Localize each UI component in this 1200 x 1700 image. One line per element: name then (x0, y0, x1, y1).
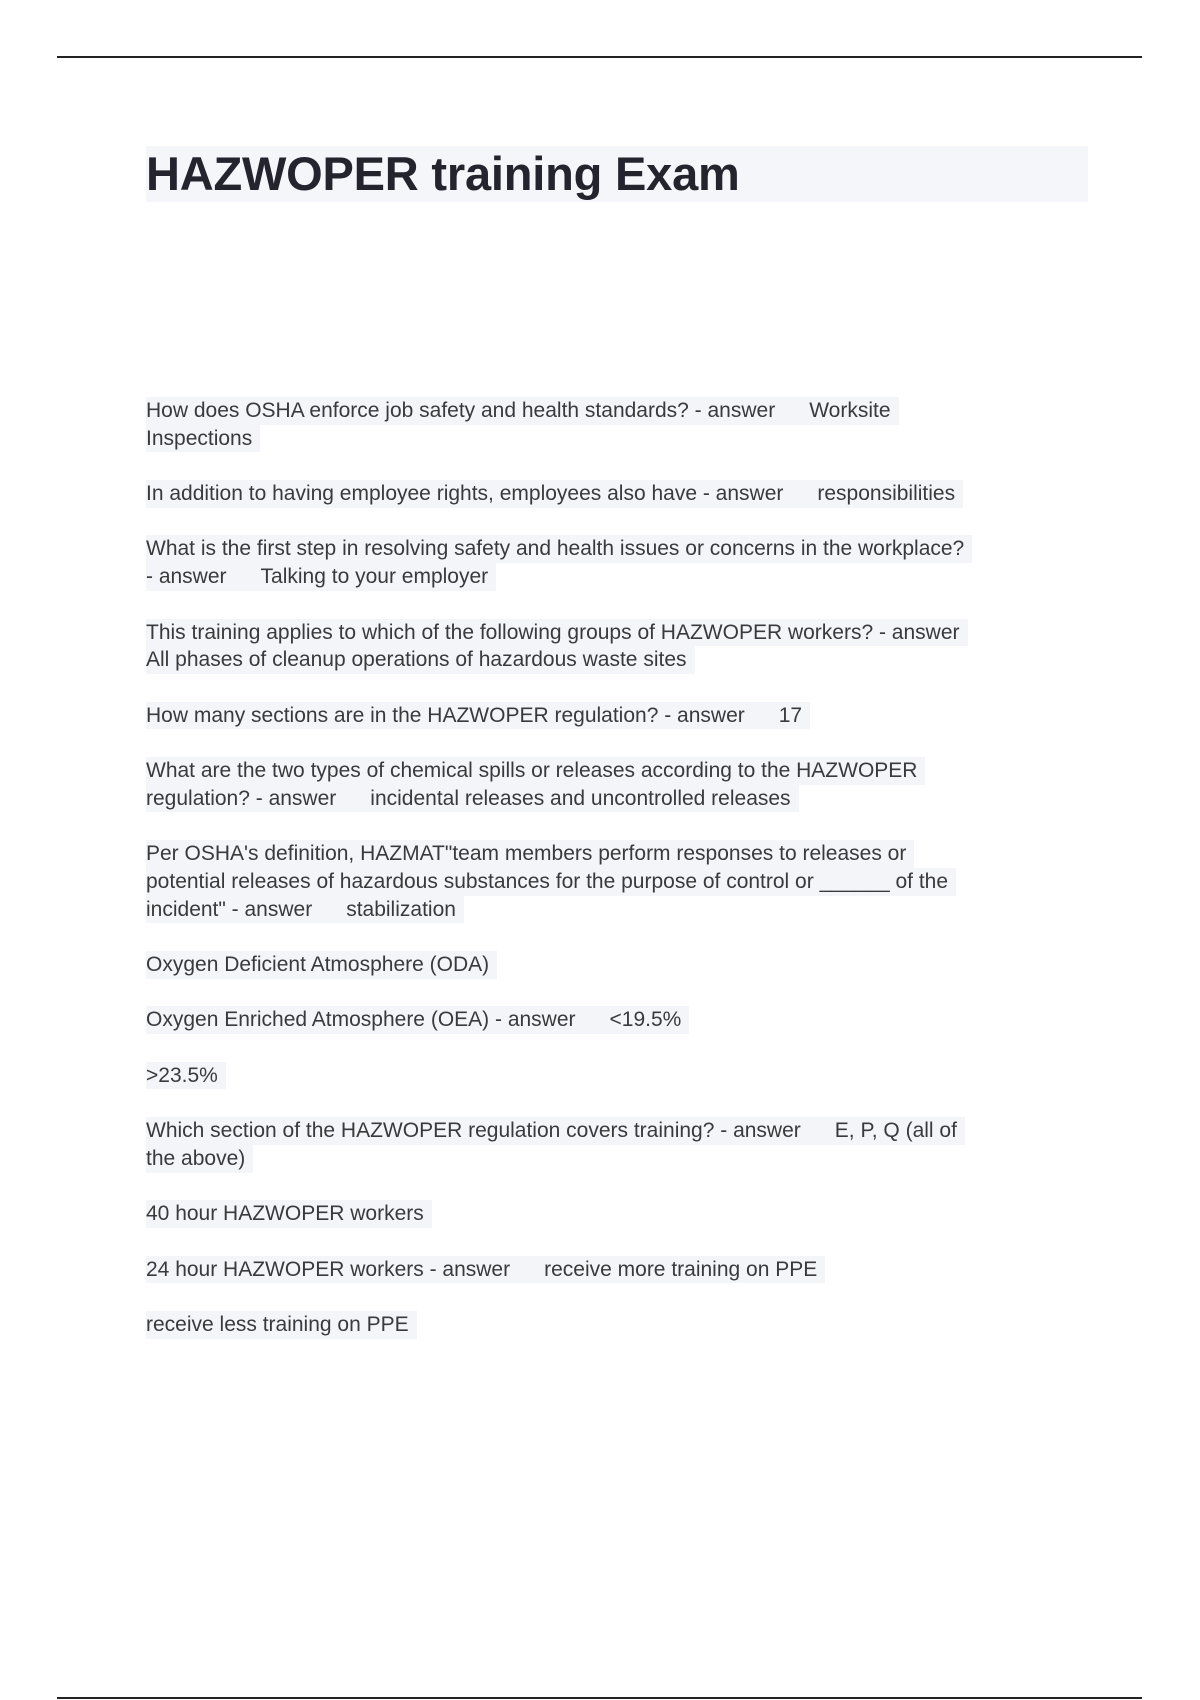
document-title: HAZWOPER training Exam (146, 148, 740, 200)
qa-item: How many sections are in the HAZWOPER re… (146, 702, 1106, 730)
qa-list: How does OSHA enforce job safety and hea… (146, 397, 1106, 1366)
header-rule (57, 56, 1142, 58)
question-text: regulation? - answer (146, 787, 336, 810)
question-text: What is the first step in resolving safe… (146, 537, 964, 560)
qa-line: All phases of cleanup operations of haza… (146, 646, 695, 674)
answer-text: stabilization (346, 898, 456, 921)
answer-text: 17 (779, 704, 802, 727)
qa-item: What are the two types of chemical spill… (146, 757, 1106, 812)
qa-line: Which section of the HAZWOPER regulation… (146, 1117, 965, 1145)
qa-item: 24 hour HAZWOPER workers - answerreceive… (146, 1256, 1106, 1284)
qa-line: >23.5% (146, 1062, 226, 1090)
qa-line: 40 hour HAZWOPER workers (146, 1200, 432, 1228)
qa-line: the above) (146, 1145, 253, 1173)
question-text: Which section of the HAZWOPER regulation… (146, 1119, 801, 1142)
qa-item: Oxygen Deficient Atmosphere (ODA) (146, 951, 1106, 979)
qa-line: Oxygen Enriched Atmosphere (OEA) - answe… (146, 1006, 689, 1034)
question-text: the above) (146, 1147, 245, 1170)
question-text: 40 hour HAZWOPER workers (146, 1202, 424, 1225)
qa-line: regulation? - answerincidental releases … (146, 785, 799, 813)
qa-line: Per OSHA's definition, HAZMAT"team membe… (146, 840, 914, 868)
qa-line: Inspections (146, 425, 260, 453)
qa-item: This training applies to which of the fo… (146, 619, 1106, 674)
qa-line: incident" - answerstabilization (146, 896, 464, 924)
question-text: Inspections (146, 427, 252, 450)
question-text: Per OSHA's definition, HAZMAT"team membe… (146, 842, 906, 865)
qa-item: How does OSHA enforce job safety and hea… (146, 397, 1106, 452)
question-text: 24 hour HAZWOPER workers - answer (146, 1258, 510, 1281)
qa-line: In addition to having employee rights, e… (146, 480, 963, 508)
qa-line: receive less training on PPE (146, 1311, 417, 1339)
qa-line: How many sections are in the HAZWOPER re… (146, 702, 810, 730)
question-text: All phases of cleanup operations of haza… (146, 648, 687, 671)
question-text: potential releases of hazardous substanc… (146, 870, 948, 893)
question-text: This training applies to which of the fo… (146, 621, 960, 644)
qa-item: >23.5% (146, 1062, 1106, 1090)
question-text: Oxygen Deficient Atmosphere (ODA) (146, 953, 489, 976)
qa-line: How does OSHA enforce job safety and hea… (146, 397, 899, 425)
question-text: What are the two types of chemical spill… (146, 759, 917, 782)
answer-text: <19.5% (610, 1008, 682, 1031)
answer-text: responsibilities (817, 482, 955, 505)
qa-line: 24 hour HAZWOPER workers - answerreceive… (146, 1256, 825, 1284)
qa-item: Which section of the HAZWOPER regulation… (146, 1117, 1106, 1172)
qa-line: potential releases of hazardous substanc… (146, 868, 956, 896)
qa-line: What is the first step in resolving safe… (146, 535, 972, 563)
qa-line: - answerTalking to your employer (146, 563, 496, 591)
qa-item: Per OSHA's definition, HAZMAT"team membe… (146, 840, 1106, 923)
answer-text: incidental releases and uncontrolled rel… (370, 787, 790, 810)
question-text: How does OSHA enforce job safety and hea… (146, 399, 775, 422)
qa-item: 40 hour HAZWOPER workers (146, 1200, 1106, 1228)
question-text: How many sections are in the HAZWOPER re… (146, 704, 745, 727)
answer-text: E, P, Q (all of (835, 1119, 957, 1142)
question-text: In addition to having employee rights, e… (146, 482, 783, 505)
question-text: incident" - answer (146, 898, 312, 921)
qa-item: receive less training on PPE (146, 1311, 1106, 1339)
title-block: HAZWOPER training Exam (146, 146, 1088, 202)
footer-rule (57, 1697, 1142, 1699)
question-text: Oxygen Enriched Atmosphere (OEA) - answe… (146, 1008, 576, 1031)
answer-text: Talking to your employer (261, 565, 489, 588)
qa-line: This training applies to which of the fo… (146, 619, 968, 647)
qa-item: Oxygen Enriched Atmosphere (OEA) - answe… (146, 1006, 1106, 1034)
qa-line: Oxygen Deficient Atmosphere (ODA) (146, 951, 497, 979)
qa-line: What are the two types of chemical spill… (146, 757, 925, 785)
question-text: - answer (146, 565, 227, 588)
qa-item: In addition to having employee rights, e… (146, 480, 1106, 508)
question-text: >23.5% (146, 1064, 218, 1087)
qa-item: What is the first step in resolving safe… (146, 535, 1106, 590)
answer-text: receive more training on PPE (544, 1258, 817, 1281)
question-text: receive less training on PPE (146, 1313, 409, 1336)
answer-text: Worksite (809, 399, 890, 422)
